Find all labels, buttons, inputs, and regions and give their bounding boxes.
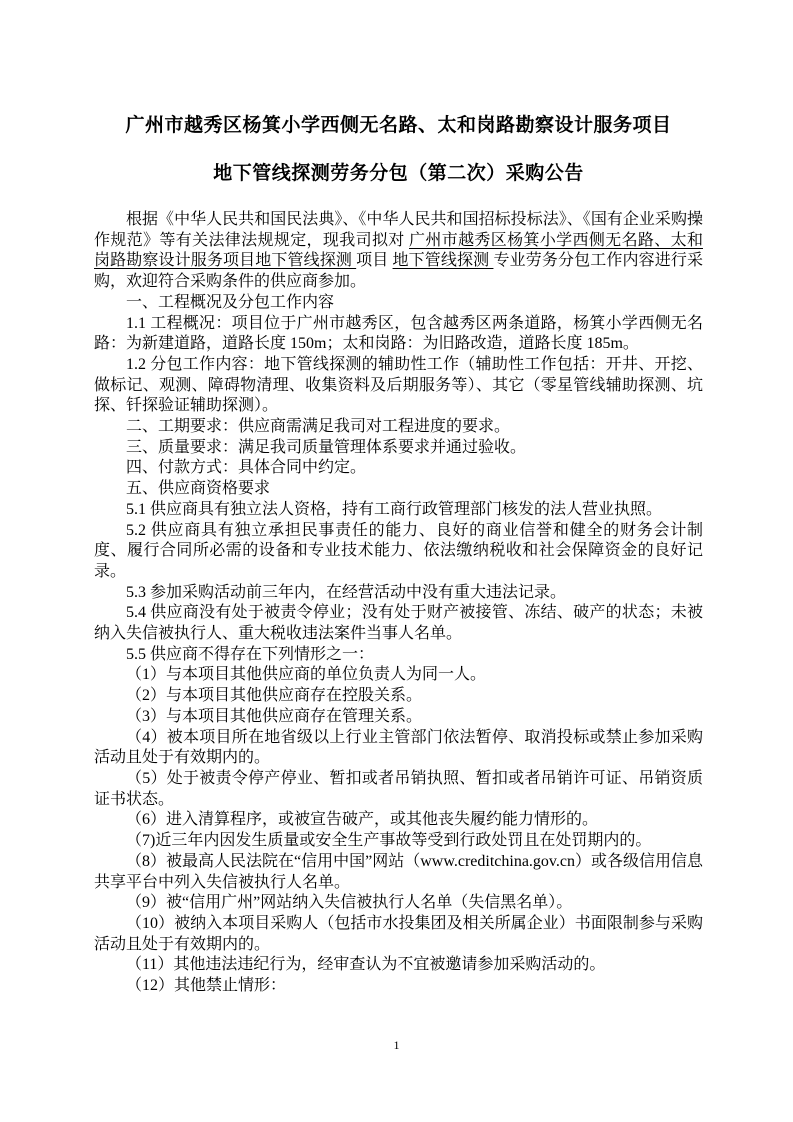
- intro-paragraph: 根据《中华人民共和国民法典》、《中华人民共和国招标投标法》、《国有企业采购操作规…: [94, 210, 703, 293]
- paragraph: 5.4 供应商没有处于被责令停业；没有处于财产被接管、冻结、破产的状态；未被纳入…: [94, 603, 703, 644]
- title-line-2: 地下管线探测劳务分包（第二次）采购公告: [94, 150, 703, 198]
- intro-text-mid: 项目: [356, 252, 392, 269]
- paragraph: （5）处于被责令停产停业、暂扣或者吊销执照、暂扣或者吊销许可证、吊销资质证书状态…: [94, 769, 703, 810]
- document-title: 广州市越秀区杨箕小学西侧无名路、太和岗路勘察设计服务项目 地下管线探测劳务分包（…: [94, 102, 703, 198]
- paragraph: （2）与本项目其他供应商存在控股关系。: [94, 686, 703, 707]
- intro-underlined-work-name: 地下管线探测: [393, 252, 494, 269]
- title-line-1: 广州市越秀区杨箕小学西侧无名路、太和岗路勘察设计服务项目: [94, 102, 703, 150]
- paragraph: （11）其他违法违纪行为，经审查认为不宜被邀请参加采购活动的。: [94, 955, 703, 976]
- paragraph: 1.2 分包工作内容：地下管线探测的辅助性工作（辅助性工作包括：开井、开挖、做标…: [94, 355, 703, 417]
- paragraph: 1.1 工程概况：项目位于广州市越秀区，包含越秀区两条道路，杨箕小学西侧无名路：…: [94, 314, 703, 355]
- paragraph: 四、付款方式：具体合同中约定。: [94, 458, 703, 479]
- paragraph: （8）被最高人民法院在“信用中国”网站（www.creditchina.gov.…: [94, 852, 703, 893]
- paragraph: 二、工期要求：供应商需满足我司对工程进度的要求。: [94, 417, 703, 438]
- paragraph: 5.2 供应商具有独立承担民事责任的能力、良好的商业信誉和健全的财务会计制度、履…: [94, 521, 703, 583]
- paragraph: 三、质量要求：满足我司质量管理体系要求并通过验收。: [94, 438, 703, 459]
- paragraph: （6）进入清算程序，或被宣告破产，或其他丧失履约能力情形的。: [94, 810, 703, 831]
- paragraph: 5.5 供应商不得存在下列情形之一：: [94, 645, 703, 666]
- paragraph: （3）与本项目其他供应商存在管理关系。: [94, 707, 703, 728]
- paragraph-list: 一、工程概况及分包工作内容1.1 工程概况：项目位于广州市越秀区，包含越秀区两条…: [94, 293, 703, 997]
- paragraph: （7)近三年内因发生质量或安全生产事故等受到行政处罚且在处罚期内的。: [94, 831, 703, 852]
- paragraph: （1）与本项目其他供应商的单位负责人为同一人。: [94, 665, 703, 686]
- paragraph: 5.1 供应商具有独立法人资格，持有工商行政管理部门核发的法人营业执照。: [94, 500, 703, 521]
- document-page: 广州市越秀区杨箕小学西侧无名路、太和岗路勘察设计服务项目 地下管线探测劳务分包（…: [0, 0, 793, 1122]
- paragraph: 一、工程概况及分包工作内容: [94, 293, 703, 314]
- paragraph: （12）其他禁止情形：: [94, 976, 703, 997]
- page-number: 1: [0, 1038, 793, 1053]
- paragraph: 5.3 参加采购活动前三年内，在经营活动中没有重大违法记录。: [94, 583, 703, 604]
- document-body: 根据《中华人民共和国民法典》、《中华人民共和国招标投标法》、《国有企业采购操作规…: [94, 210, 703, 997]
- paragraph: （9）被“信用广州”网站纳入失信被执行人名单（失信黑名单）。: [94, 893, 703, 914]
- paragraph: （4）被本项目所在地省级以上行业主管部门依法暂停、取消投标或禁止参加采购活动且处…: [94, 728, 703, 769]
- paragraph: 五、供应商资格要求: [94, 479, 703, 500]
- paragraph: （10）被纳入本项目采购人（包括市水投集团及相关所属企业）书面限制参与采购活动且…: [94, 914, 703, 955]
